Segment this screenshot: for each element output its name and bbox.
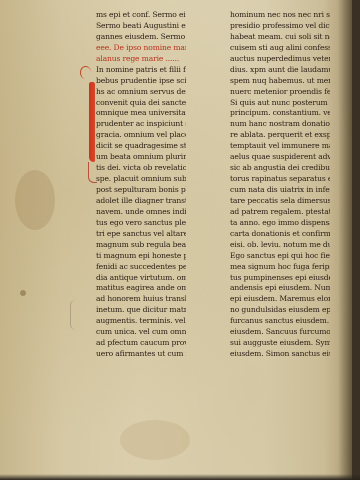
text-line: mea signum hoc fuga feripsit. Sanc	[230, 262, 330, 273]
text-line: uero afirmantes ut cum illius	[96, 349, 186, 360]
text-line: inetum. que dicitur matris consimi	[96, 305, 186, 316]
rubric-line: eee. De ipso nomine mariae	[96, 43, 186, 54]
manuscript-folio: ms epi et conf. Sermo eiusdem Sermo beat…	[0, 0, 352, 480]
text-line: tis dei. victa ob revelatione sci	[96, 163, 186, 174]
text-line: ad pfectum caucum proventus	[96, 338, 186, 349]
text-line: presidio professimo vel dicendi manu	[230, 21, 330, 32]
text-line: re ablata. perquerit et exspoliis velere	[230, 130, 330, 141]
text-line: habeat meam. cui soli sit nos quam	[230, 32, 330, 43]
text-line: gannes eiusdem. Sermo gratia infans eius…	[96, 32, 186, 43]
text-line: magnum sub regula beati benedic	[96, 240, 186, 251]
text-line: ta anno. ego immo dispensam. Facta	[230, 218, 330, 229]
text-line: omnique mea universitate dona	[96, 108, 186, 119]
text-line: auctus nuperdedimus veteranes abun	[230, 54, 330, 65]
text-line: ad patrem regalem. ptestatur dna talen	[230, 207, 330, 218]
text-line: spe. placuit omnium sub fidelium	[96, 174, 186, 185]
text-line: post sepulturam bonis plenam	[96, 185, 186, 196]
text-line: andensis epi eiusdem. Numinus dauentis	[230, 283, 330, 294]
text-line: bebus prudentie ipse sci. Ego homo	[96, 76, 186, 87]
text-line: principum. constantium. vel aliquorum be…	[230, 108, 330, 119]
text-line: tus pumpinenses epi eiusdem. Volant	[230, 273, 330, 284]
text-line: dia antique virtutum. omnibus	[96, 273, 186, 284]
binding-edge	[352, 0, 360, 480]
text-line: carta donationis et confirmationis in	[230, 229, 330, 240]
text-line: tus ego vero sanctus plenur	[96, 218, 186, 229]
text-line: Sermo beati Augustini eiusdem. Sermo	[96, 21, 186, 32]
parchment-stain	[120, 420, 190, 460]
text-line: eisi. ob. leviu. notum me duos aplis.	[230, 240, 330, 251]
text-line: spem nuq habemus. ut meritum illius	[230, 76, 330, 87]
text-line: nuerc metenior proendis felix eccia.	[230, 87, 330, 98]
text-line: Ego sanctus epi qui hoc fieri iussi manu	[230, 251, 330, 262]
decorated-initial-I	[89, 82, 95, 162]
text-line: um beata omnium plurimi convessa	[96, 152, 186, 163]
text-line: aelus quae suspiderent adverterte. imine	[230, 152, 330, 163]
text-line: hominum nec nos nec nri successores	[230, 10, 330, 21]
text-line: sui augguste eiusdem. Symeon emeconi	[230, 338, 330, 349]
parchment-spot	[20, 290, 26, 296]
text-line: matitus eagirea ande omnique affectu	[96, 283, 186, 294]
text-line: num hanc nostram donationem dare cessa	[230, 119, 330, 130]
text-line: ms epi et conf. Sermo eiusdem	[96, 10, 186, 21]
text-line: fenidi ac succedentes pertine	[96, 262, 186, 273]
margin-mark	[70, 300, 81, 330]
text-line: navem. unde omnes indignis	[96, 207, 186, 218]
text-line: torus rapinatus separatus et post	[230, 174, 330, 185]
text-line: epi eiusdem. Maremus elorsibus epi eiusd…	[230, 294, 330, 305]
text-line: tare peccatis sela dimersus aim. iustis	[230, 196, 330, 207]
text-line: no gundulsidas eiusdem epi eiusdem. Sevi…	[230, 305, 330, 316]
text-line: ti magnum epi honeste paremn	[96, 251, 186, 262]
text-line: cum unica. vel cum omnibus eius	[96, 327, 186, 338]
rubric-line: alanus rege marie ......	[96, 54, 186, 65]
decorated-initial-flourish	[80, 66, 91, 79]
text-line: adolet ille diagner transtatione ha	[96, 196, 186, 207]
text-line: furcanus sanctus eiusdem. Serinari sanct…	[230, 316, 330, 327]
page-bottom-shadow	[0, 474, 360, 480]
text-line: dicit se quadragesime stare atam	[96, 141, 186, 152]
text-line: In nomine patris et filii formula gram	[96, 65, 186, 76]
text-line: cuisem sti aug alini confessoris solium	[230, 43, 330, 54]
text-line: prudenter ac inspiciunt super regis	[96, 119, 186, 130]
text-line: eiusdem. Simon sanctus eiusdem. Boni pat…	[230, 349, 330, 360]
text-line: temptauit vel immunere malique	[230, 141, 330, 152]
left-text-column: ms epi et conf. Sermo eiusdem Sermo beat…	[96, 10, 186, 360]
text-line: tri epe sanctus vel altare. omn	[96, 229, 186, 240]
text-line: ad honorem huius translationis mansi	[96, 294, 186, 305]
text-line: hs ac omnium servus dei ultimus	[96, 87, 186, 98]
parchment-stain	[15, 170, 55, 230]
text-line: eiusdem. Sancuus furcumones eiusdem. S. …	[230, 327, 330, 338]
text-line: gracia. omnium vel placet nobis.	[96, 130, 186, 141]
right-text-column: hominum nec nos nec nri successores pres…	[230, 10, 330, 360]
text-line: augmentis. terminis. vel quod	[96, 316, 186, 327]
text-line: cum nata dis uiatrix in inferno ba	[230, 185, 330, 196]
text-line: sic ab angustia dei credibus. tanu	[230, 163, 330, 174]
text-line: Si quis aut nunc posterum regum aut	[230, 98, 330, 109]
text-line: dius. xpm aunt die laudamus. nos	[230, 65, 330, 76]
text-line: convenit quia dei sancte rex una cum	[96, 98, 186, 109]
